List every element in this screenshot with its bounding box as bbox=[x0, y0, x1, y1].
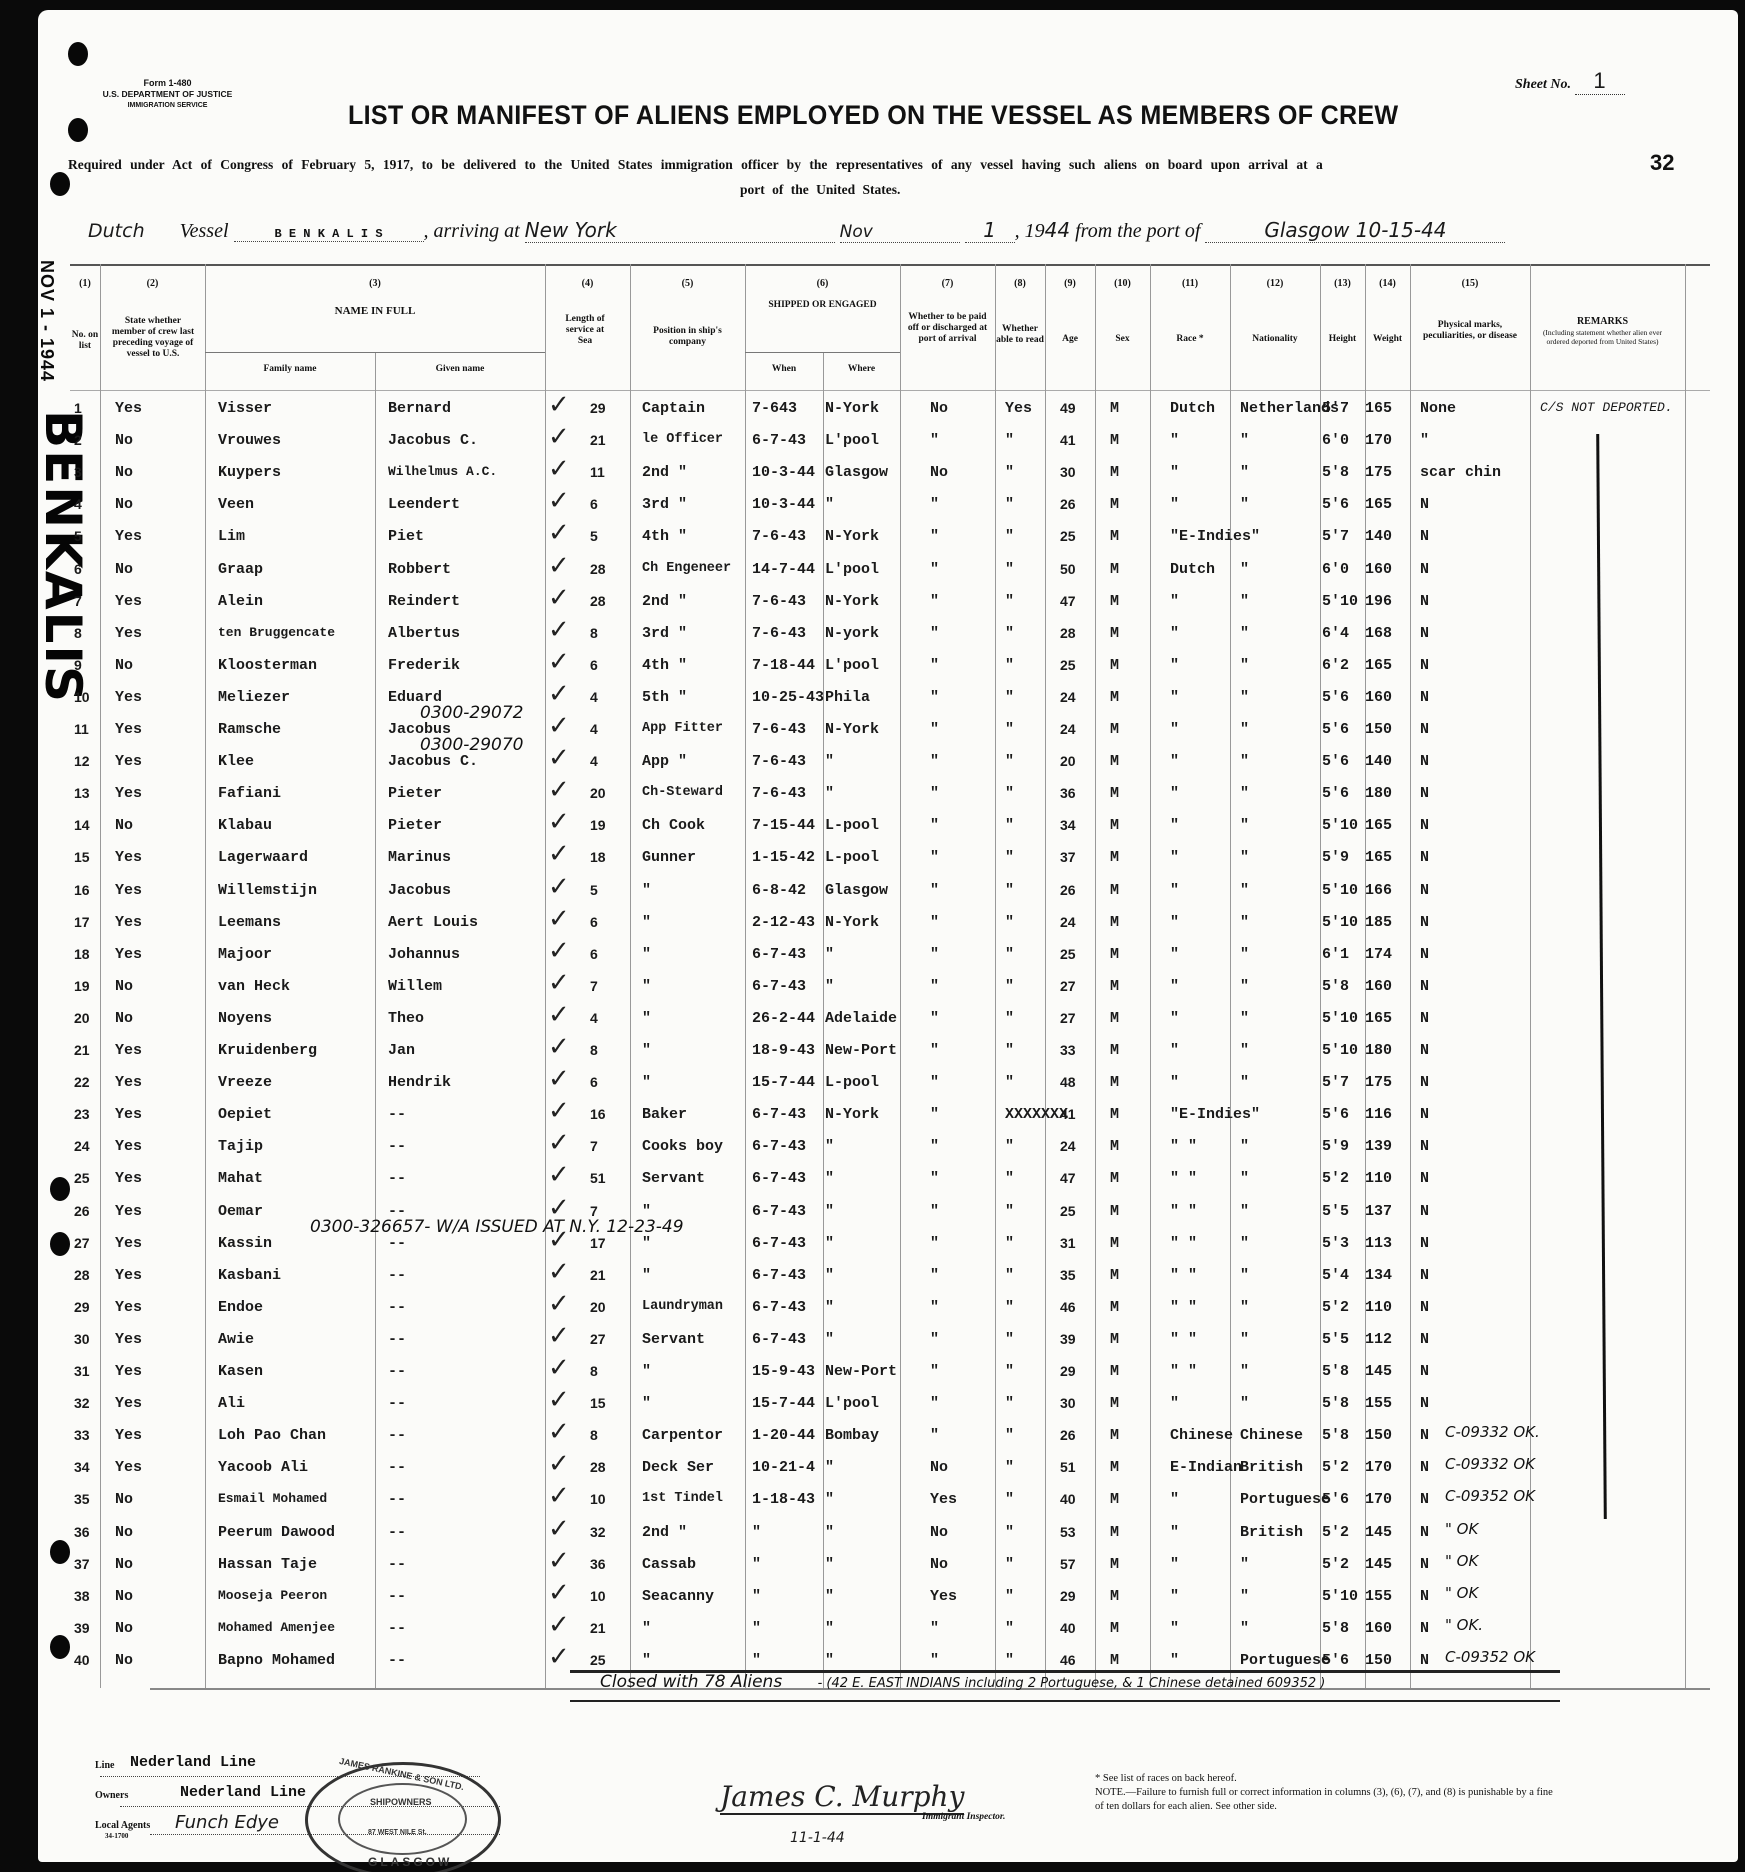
cell-age: 24 bbox=[1060, 721, 1076, 737]
cell-sex: M bbox=[1110, 625, 1119, 642]
col-num-8: (8) bbox=[995, 278, 1045, 289]
punch-hole bbox=[50, 1540, 70, 1564]
cell-row-number: 4 bbox=[74, 496, 82, 512]
cell-sex: M bbox=[1110, 561, 1119, 578]
cell-prev-voyage: Yes bbox=[115, 400, 142, 417]
cell-weight: 145 bbox=[1365, 1556, 1392, 1573]
cell-weight: 110 bbox=[1365, 1170, 1392, 1187]
col-num-7: (7) bbox=[900, 278, 995, 289]
cell-physical-marks: N bbox=[1420, 1074, 1429, 1091]
cell-sex: M bbox=[1110, 689, 1119, 706]
cell-prev-voyage: Yes bbox=[115, 785, 142, 802]
cell-nationality: " bbox=[1240, 1042, 1249, 1059]
cell-position: Servant bbox=[642, 1170, 705, 1187]
cell-able-to-read: " bbox=[1005, 1042, 1014, 1059]
cell-shipped-where: N-York bbox=[825, 400, 879, 417]
form-identifier: Form 1-480 U.S. DEPARTMENT OF JUSTICE IM… bbox=[100, 78, 235, 111]
cell-service-length: 25 bbox=[590, 1652, 606, 1668]
cell-race: " bbox=[1170, 1074, 1179, 1091]
cell-weight: 185 bbox=[1365, 914, 1392, 931]
table-row: 13YesFafianiPieter20Ch-Steward7-6-43"""3… bbox=[70, 785, 1710, 813]
cell-physical-marks: N bbox=[1420, 1620, 1429, 1637]
sheet-label: Sheet No. bbox=[1515, 77, 1571, 92]
cell-age: 31 bbox=[1060, 1235, 1076, 1251]
col-num-14: (14) bbox=[1365, 278, 1410, 289]
cell-position: " bbox=[642, 1074, 651, 1091]
cell-position: " bbox=[642, 914, 651, 931]
cell-service-length: 10 bbox=[590, 1588, 606, 1604]
cell-shipped-where: Phila bbox=[825, 689, 870, 706]
cell-position: " bbox=[642, 1042, 651, 1059]
cell-position: " bbox=[642, 1395, 651, 1412]
cell-weight: 180 bbox=[1365, 1042, 1392, 1059]
cell-weight: 155 bbox=[1365, 1395, 1392, 1412]
cell-service-length: 36 bbox=[590, 1556, 606, 1572]
table-row: 23YesOepiet--16Baker6-7-43N-York"XXXXXXX… bbox=[70, 1106, 1710, 1134]
punch-hole bbox=[68, 42, 88, 66]
cell-family-name: Lim bbox=[218, 528, 245, 545]
cell-able-to-read: " bbox=[1005, 785, 1014, 802]
cell-age: 24 bbox=[1060, 689, 1076, 705]
cell-age: 40 bbox=[1060, 1620, 1076, 1636]
cell-height: 5'2 bbox=[1322, 1524, 1349, 1541]
cell-paid-off: " bbox=[930, 689, 939, 706]
checkmark-icon: ✓ bbox=[548, 1610, 570, 1640]
cell-row-number: 37 bbox=[74, 1556, 90, 1572]
cell-given-name: -- bbox=[388, 1427, 406, 1444]
table-row: 19Novan HeckWillem7"6-7-43"""27M""5'8160… bbox=[70, 978, 1710, 1006]
cell-paid-off: " bbox=[930, 753, 939, 770]
cell-weight: 150 bbox=[1365, 1427, 1392, 1444]
cell-weight: 140 bbox=[1365, 528, 1392, 545]
handwritten-side-note: " OK. bbox=[1445, 1616, 1483, 1634]
cell-prev-voyage: No bbox=[115, 817, 133, 834]
cell-height: 5'8 bbox=[1322, 978, 1349, 995]
note-label: NOTE.— bbox=[1095, 1787, 1136, 1798]
table-row: 11YesRamscheJacobus4App Fitter7-6-43N-Yo… bbox=[70, 721, 1710, 749]
cell-position: 2nd " bbox=[642, 593, 687, 610]
inspector-signature: James C. Murphy bbox=[720, 1780, 964, 1815]
cell-paid-off: " bbox=[930, 914, 939, 931]
col-header-physical-marks: Physical marks, peculiarities, or diseas… bbox=[1420, 320, 1520, 342]
cell-physical-marks: N bbox=[1420, 882, 1429, 899]
footer-note: * See list of races on back hereof. NOTE… bbox=[1095, 1772, 1555, 1814]
cell-given-name: Wilhelmus A.C. bbox=[388, 464, 497, 479]
cell-race: " " bbox=[1170, 1170, 1197, 1187]
handwritten-side-note: " OK bbox=[1445, 1584, 1478, 1602]
cell-physical-marks: N bbox=[1420, 1010, 1429, 1027]
cell-age: 20 bbox=[1060, 753, 1076, 769]
cell-sex: M bbox=[1110, 1652, 1119, 1669]
cell-race: Dutch bbox=[1170, 400, 1215, 417]
cell-nationality: " bbox=[1240, 689, 1249, 706]
cell-shipped-when: 7-6-43 bbox=[752, 785, 806, 802]
col-num-4: (4) bbox=[545, 278, 630, 289]
table-row: 1YesVisserBernard29Captain7-643N-YorkNoY… bbox=[70, 400, 1710, 428]
col-num-1: (1) bbox=[70, 278, 100, 289]
cell-service-length: 32 bbox=[590, 1524, 606, 1540]
cell-able-to-read: " bbox=[1005, 1524, 1014, 1541]
cell-position: 3rd " bbox=[642, 625, 687, 642]
cell-service-length: 5 bbox=[590, 882, 598, 898]
cell-row-number: 30 bbox=[74, 1331, 90, 1347]
cell-sex: M bbox=[1110, 1106, 1119, 1123]
cell-height: 5'7 bbox=[1322, 528, 1349, 545]
arrival-year: 44 bbox=[1045, 218, 1070, 242]
subheader-rule bbox=[205, 352, 545, 353]
cell-nationality: Portuguese bbox=[1240, 1652, 1330, 1669]
cell-able-to-read: " bbox=[1005, 561, 1014, 578]
cell-prev-voyage: Yes bbox=[115, 882, 142, 899]
cell-race: " bbox=[1170, 464, 1179, 481]
cell-paid-off: " bbox=[930, 1267, 939, 1284]
cell-prev-voyage: No bbox=[115, 1524, 133, 1541]
cell-height: 5'9 bbox=[1322, 1138, 1349, 1155]
cell-service-length: 51 bbox=[590, 1170, 606, 1186]
cell-family-name: Willemstijn bbox=[218, 882, 317, 899]
cell-position: Baker bbox=[642, 1106, 687, 1123]
table-row: 30YesAwie--27Servant6-7-43"""39M" ""5'51… bbox=[70, 1331, 1710, 1359]
cell-height: 5'2 bbox=[1322, 1170, 1349, 1187]
cell-service-length: 8 bbox=[590, 1042, 598, 1058]
cell-nationality: " bbox=[1240, 1074, 1249, 1091]
cell-family-name: Alein bbox=[218, 593, 263, 610]
cell-weight: 137 bbox=[1365, 1203, 1392, 1220]
cell-family-name: Mohamed Amenjee bbox=[218, 1620, 335, 1635]
col-num-13: (13) bbox=[1320, 278, 1365, 289]
cell-height: 6'0 bbox=[1322, 432, 1349, 449]
cell-shipped-when: 6-7-43 bbox=[752, 1203, 806, 1220]
cell-height: 6'2 bbox=[1322, 657, 1349, 674]
cell-physical-marks: N bbox=[1420, 1427, 1429, 1444]
cell-shipped-where: N-York bbox=[825, 721, 879, 738]
cell-sex: M bbox=[1110, 914, 1119, 931]
checkmark-icon: ✓ bbox=[548, 807, 570, 837]
cell-weight: 134 bbox=[1365, 1267, 1392, 1284]
cell-position: Seacanny bbox=[642, 1588, 714, 1605]
cell-family-name: Fafiani bbox=[218, 785, 281, 802]
checkmark-icon: ✓ bbox=[548, 647, 570, 677]
col-header-read: Whether able to read bbox=[995, 324, 1045, 346]
cell-shipped-when: 6-7-43 bbox=[752, 1170, 806, 1187]
col-num-3: (3) bbox=[205, 278, 545, 289]
cell-race: " bbox=[1170, 946, 1179, 963]
cell-able-to-read: " bbox=[1005, 817, 1014, 834]
cell-prev-voyage: Yes bbox=[115, 1363, 142, 1380]
cell-paid-off: No bbox=[930, 1556, 948, 1573]
table-row: 27YesKassin--17"6-7-43"""31M" ""5'3113N✓… bbox=[70, 1235, 1710, 1263]
cell-shipped-where: " bbox=[825, 1652, 834, 1669]
cell-shipped-where: " bbox=[825, 753, 834, 770]
cell-row-number: 9 bbox=[74, 657, 82, 673]
checkmark-icon: ✓ bbox=[548, 1449, 570, 1479]
cell-able-to-read: " bbox=[1005, 1363, 1014, 1380]
cell-paid-off: " bbox=[930, 1652, 939, 1669]
cell-sex: M bbox=[1110, 1524, 1119, 1541]
cell-physical-marks: N bbox=[1420, 625, 1429, 642]
cell-race: "E-Indies" bbox=[1170, 1106, 1260, 1123]
cell-shipped-when: " bbox=[752, 1556, 761, 1573]
col-header-name: NAME IN FULL bbox=[205, 306, 545, 317]
cell-family-name: Visser bbox=[218, 400, 272, 417]
cell-sex: M bbox=[1110, 1235, 1119, 1252]
cell-service-length: 6 bbox=[590, 1074, 598, 1090]
cell-paid-off: " bbox=[930, 1620, 939, 1637]
cell-sex: M bbox=[1110, 1299, 1119, 1316]
table-row: 36NoPeerum Dawood--322nd """No"53M"Briti… bbox=[70, 1524, 1710, 1552]
cell-physical-marks: N bbox=[1420, 1138, 1429, 1155]
punch-hole bbox=[50, 1177, 70, 1201]
cell-nationality: " bbox=[1240, 496, 1249, 513]
cell-shipped-when: 15-9-43 bbox=[752, 1363, 815, 1380]
cell-able-to-read: " bbox=[1005, 721, 1014, 738]
cell-position: 1st Tindel bbox=[642, 1491, 723, 1506]
cell-race: E-Indian bbox=[1170, 1459, 1242, 1476]
cell-row-number: 6 bbox=[74, 561, 82, 577]
cell-shipped-where: " bbox=[825, 1235, 834, 1252]
cell-age: 29 bbox=[1060, 1588, 1076, 1604]
col-header-shipped: SHIPPED OR ENGAGED bbox=[745, 300, 900, 311]
cell-service-length: 8 bbox=[590, 1427, 598, 1443]
cell-given-name: -- bbox=[388, 1363, 406, 1380]
cell-age: 30 bbox=[1060, 1395, 1076, 1411]
cell-sex: M bbox=[1110, 978, 1119, 995]
checkmark-icon: ✓ bbox=[548, 1064, 570, 1094]
cell-height: 5'10 bbox=[1322, 882, 1358, 899]
cell-race: " bbox=[1170, 785, 1179, 802]
cell-position: " bbox=[642, 1235, 651, 1252]
cell-prev-voyage: No bbox=[115, 657, 133, 674]
page-title: LIST OR MANIFEST OF ALIENS EMPLOYED ON T… bbox=[348, 100, 1398, 131]
cell-nationality: " bbox=[1240, 1556, 1249, 1573]
cell-shipped-when: " bbox=[752, 1524, 761, 1541]
cell-given-name: -- bbox=[388, 1620, 406, 1637]
cell-prev-voyage: No bbox=[115, 1588, 133, 1605]
inspector-label: Immigrant Inspector. bbox=[922, 1812, 1005, 1822]
checkmark-icon: ✓ bbox=[548, 518, 570, 548]
cell-position: " bbox=[642, 1620, 651, 1637]
owners-label: Owners bbox=[95, 1790, 128, 1801]
cell-shipped-where: N-York bbox=[825, 528, 879, 545]
cell-family-name: Yacoob Ali bbox=[218, 1459, 308, 1476]
cell-race: " bbox=[1170, 817, 1179, 834]
cell-weight: 174 bbox=[1365, 946, 1392, 963]
cell-row-number: 40 bbox=[74, 1652, 90, 1668]
cell-given-name: Robbert bbox=[388, 561, 451, 578]
cell-nationality: British bbox=[1240, 1459, 1303, 1476]
cell-prev-voyage: No bbox=[115, 978, 133, 995]
cell-weight: 145 bbox=[1365, 1363, 1392, 1380]
cell-age: 46 bbox=[1060, 1652, 1076, 1668]
cell-shipped-when: 1-20-44 bbox=[752, 1427, 815, 1444]
cell-weight: 165 bbox=[1365, 496, 1392, 513]
cell-race: Chinese bbox=[1170, 1427, 1233, 1444]
cell-family-name: Esmail Mohamed bbox=[218, 1491, 327, 1506]
cell-sex: M bbox=[1110, 1074, 1119, 1091]
cell-nationality: " bbox=[1240, 1299, 1249, 1316]
cell-sex: M bbox=[1110, 1010, 1119, 1027]
cell-shipped-where: " bbox=[825, 1620, 834, 1637]
cell-shipped-when: " bbox=[752, 1588, 761, 1605]
arriving-label: , arriving at bbox=[424, 220, 520, 242]
cell-row-number: 34 bbox=[74, 1459, 90, 1475]
cell-prev-voyage: No bbox=[115, 1620, 133, 1637]
cell-height: 5'8 bbox=[1322, 1395, 1349, 1412]
cell-race: " bbox=[1170, 914, 1179, 931]
cell-service-length: 15 bbox=[590, 1395, 606, 1411]
cell-sex: M bbox=[1110, 1620, 1119, 1637]
cell-age: 25 bbox=[1060, 657, 1076, 673]
table-row: 18YesMajoorJohannus6"6-7-43"""25M""6'117… bbox=[70, 946, 1710, 974]
cell-row-number: 19 bbox=[74, 978, 90, 994]
cell-nationality: " bbox=[1240, 1363, 1249, 1380]
cell-prev-voyage: Yes bbox=[115, 528, 142, 545]
cell-sex: M bbox=[1110, 464, 1119, 481]
cell-physical-marks: N bbox=[1420, 978, 1429, 995]
cell-given-name: -- bbox=[388, 1106, 406, 1123]
cell-shipped-when: 7-643 bbox=[752, 400, 797, 417]
cell-shipped-where: " bbox=[825, 1556, 834, 1573]
cell-sex: M bbox=[1110, 432, 1119, 449]
col-header-no: No. on list bbox=[70, 330, 100, 352]
cell-position: Ch Engeneer bbox=[642, 561, 731, 576]
table-row: 29YesEndoe--20Laundryman6-7-43"""46M" ""… bbox=[70, 1299, 1710, 1327]
cell-given-name: Piet bbox=[388, 528, 424, 545]
table-row: 2NoVrouwesJacobus C.21le Officer6-7-43L'… bbox=[70, 432, 1710, 460]
cell-weight: 116 bbox=[1365, 1106, 1392, 1123]
table-row: 15YesLagerwaardMarinus18Gunner1-15-42L-p… bbox=[70, 849, 1710, 877]
cell-row-number: 33 bbox=[74, 1427, 90, 1443]
cell-family-name: Meliezer bbox=[218, 689, 290, 706]
cell-given-name: -- bbox=[388, 1331, 406, 1348]
cell-nationality: " bbox=[1240, 882, 1249, 899]
cell-nationality: " bbox=[1240, 1588, 1249, 1605]
cell-position: " bbox=[642, 946, 651, 963]
cell-race: " bbox=[1170, 593, 1179, 610]
cell-paid-off: " bbox=[930, 1299, 939, 1316]
cell-shipped-when: 15-7-44 bbox=[752, 1395, 815, 1412]
cell-age: 36 bbox=[1060, 785, 1076, 801]
cell-physical-marks: N bbox=[1420, 849, 1429, 866]
cell-nationality: " bbox=[1240, 1138, 1249, 1155]
cell-nationality: " bbox=[1240, 946, 1249, 963]
table-row: 22YesVreezeHendrik6"15-7-44L-pool""48M""… bbox=[70, 1074, 1710, 1102]
subtitle-line-1: Required under Act of Congress of Februa… bbox=[68, 157, 1688, 173]
cell-position: Cooks boy bbox=[642, 1138, 723, 1155]
stamp-inner-ring bbox=[338, 1783, 467, 1855]
col-num-12: (12) bbox=[1230, 278, 1320, 289]
checkmark-icon: ✓ bbox=[548, 583, 570, 613]
cell-race: " bbox=[1170, 978, 1179, 995]
cell-row-number: 1 bbox=[74, 400, 82, 416]
cell-family-name: Graap bbox=[218, 561, 263, 578]
cell-sex: M bbox=[1110, 1267, 1119, 1284]
cell-prev-voyage: Yes bbox=[115, 625, 142, 642]
cell-race: " bbox=[1170, 1652, 1179, 1669]
cell-race: " bbox=[1170, 1588, 1179, 1605]
cell-service-length: 10 bbox=[590, 1491, 606, 1507]
cell-family-name: Kasen bbox=[218, 1363, 263, 1380]
cell-shipped-when: 6-7-43 bbox=[752, 1331, 806, 1348]
line-label: Line bbox=[95, 1760, 114, 1771]
table-row: 35NoEsmail Mohamed--101st Tindel1-18-43"… bbox=[70, 1491, 1710, 1519]
cell-nationality: " bbox=[1240, 753, 1249, 770]
service-name: IMMIGRATION SERVICE bbox=[100, 100, 235, 111]
cell-shipped-when: 18-9-43 bbox=[752, 1042, 815, 1059]
cell-family-name: ten Bruggencate bbox=[218, 625, 335, 640]
col-header-remarks: REMARKS bbox=[1530, 316, 1675, 327]
cell-family-name: Klee bbox=[218, 753, 254, 770]
cell-prev-voyage: Yes bbox=[115, 1138, 142, 1155]
cell-age: 39 bbox=[1060, 1331, 1076, 1347]
cell-physical-marks: N bbox=[1420, 528, 1429, 545]
cell-physical-marks: N bbox=[1420, 1203, 1429, 1220]
cell-family-name: Oemar bbox=[218, 1203, 263, 1220]
cell-prev-voyage: Yes bbox=[115, 1427, 142, 1444]
cell-height: 5'5 bbox=[1322, 1203, 1349, 1220]
cell-nationality: " bbox=[1240, 1395, 1249, 1412]
cell-prev-voyage: Yes bbox=[115, 1395, 142, 1412]
cell-paid-off: " bbox=[930, 1363, 939, 1380]
cell-sex: M bbox=[1110, 849, 1119, 866]
cell-prev-voyage: No bbox=[115, 496, 133, 513]
cell-shipped-when: 6-7-43 bbox=[752, 1235, 806, 1252]
cell-service-length: 11 bbox=[590, 464, 605, 480]
cell-shipped-when: 7-6-43 bbox=[752, 721, 806, 738]
col-header-weight: Weight bbox=[1365, 334, 1410, 345]
cell-row-number: 8 bbox=[74, 625, 82, 641]
table-row: 37NoHassan Taje--36Cassab""No"57M""5'214… bbox=[70, 1556, 1710, 1584]
cell-weight: 170 bbox=[1365, 1491, 1392, 1508]
cell-able-to-read: Yes bbox=[1005, 400, 1032, 417]
punch-hole bbox=[68, 118, 88, 142]
cell-position: 4th " bbox=[642, 528, 687, 545]
cell-shipped-where: L'pool bbox=[825, 561, 879, 578]
cell-shipped-where: L'pool bbox=[825, 657, 879, 674]
arrival-port: New York bbox=[525, 218, 835, 243]
col-header-length-service: Length of service at Sea bbox=[560, 314, 610, 347]
cell-position: Deck Ser bbox=[642, 1459, 714, 1476]
cell-height: 5'8 bbox=[1322, 1620, 1349, 1637]
signature-date: 11-1-44 bbox=[790, 1830, 845, 1846]
cell-age: 41 bbox=[1060, 432, 1076, 448]
cell-prev-voyage: Yes bbox=[115, 1459, 142, 1476]
checkmark-icon: ✓ bbox=[548, 775, 570, 805]
cell-paid-off: No bbox=[930, 464, 948, 481]
cell-able-to-read: XXXXXXX bbox=[1005, 1106, 1068, 1123]
col-num-5: (5) bbox=[630, 278, 745, 289]
cell-shipped-when: 6-7-43 bbox=[752, 978, 806, 995]
cell-physical-marks: N bbox=[1420, 1556, 1429, 1573]
voyage-line: Dutch Vessel B E N K A L I S, arriving a… bbox=[88, 218, 1505, 243]
cell-sex: M bbox=[1110, 1427, 1119, 1444]
cell-able-to-read: " bbox=[1005, 1395, 1014, 1412]
cell-given-name: Pieter bbox=[388, 817, 442, 834]
cell-height: 6'0 bbox=[1322, 561, 1349, 578]
cell-row-number: 14 bbox=[74, 817, 90, 833]
table-row: 9NoKloostermanFrederik64th "7-18-44L'poo… bbox=[70, 657, 1710, 685]
cell-paid-off: " bbox=[930, 432, 939, 449]
cell-paid-off: " bbox=[930, 528, 939, 545]
cell-paid-off: " bbox=[930, 657, 939, 674]
cell-given-name: Jacobus bbox=[388, 882, 451, 899]
cell-paid-off: " bbox=[930, 593, 939, 610]
cell-paid-off: " bbox=[930, 1427, 939, 1444]
cell-shipped-where: " bbox=[825, 1588, 834, 1605]
cell-shipped-where: " bbox=[825, 496, 834, 513]
cell-physical-marks: N bbox=[1420, 721, 1429, 738]
checkmark-icon: ✓ bbox=[548, 615, 570, 645]
